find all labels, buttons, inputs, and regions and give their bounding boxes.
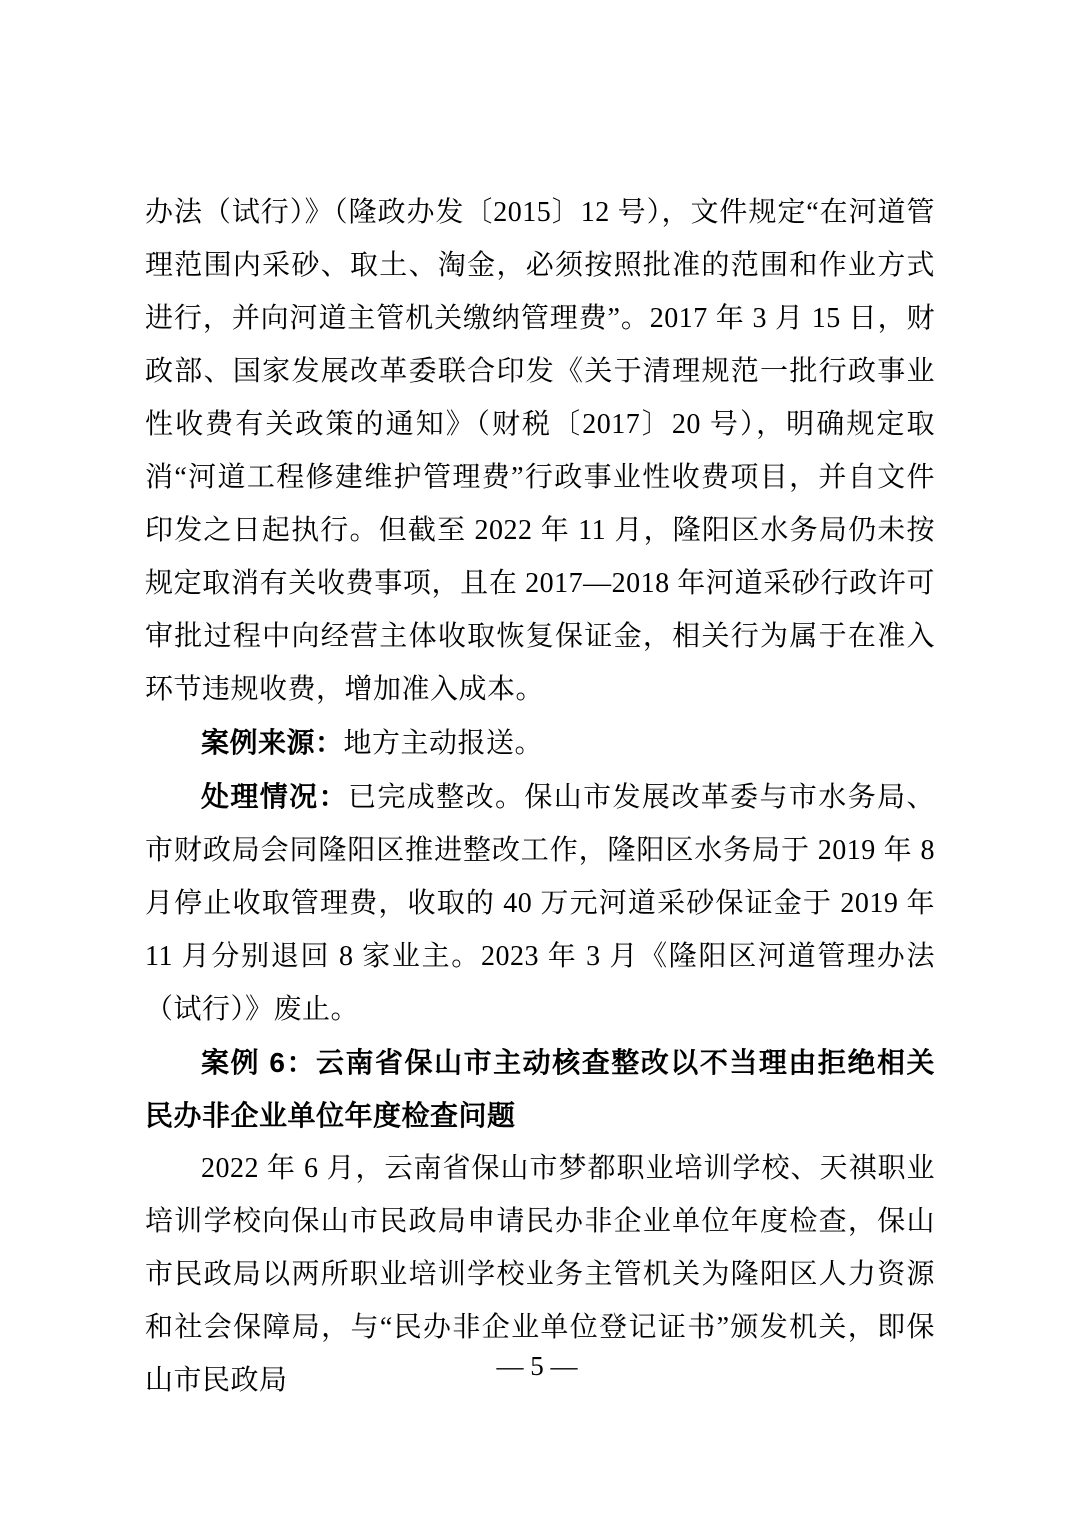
- handling-status-text: 已完成整改。保山市发展改革委与市水务局、市财政局会同隆阳区推进整改工作，隆阳区水…: [145, 782, 935, 1025]
- case-source-text: 地方主动报送。: [344, 728, 544, 759]
- case-source-label: 案例来源：: [201, 727, 344, 758]
- paragraph-handling-status: 处理情况：已完成整改。保山市发展改革委与市水务局、市财政局会同隆阳区推进整改工作…: [145, 770, 935, 1036]
- handling-status-label: 处理情况：: [201, 781, 348, 812]
- text-block: 办法（试行）》（隆政办发〔2015〕12 号），文件规定“在河道管理范围内采砂、…: [145, 186, 935, 1407]
- page-number: — 5 —: [0, 1340, 1074, 1393]
- paragraph-case-source: 案例来源：地方主动报送。: [145, 716, 935, 770]
- case6-heading: 案例 6：云南省保山市主动核查整改以不当理由拒绝相关民办非企业单位年度检查问题: [145, 1036, 935, 1142]
- document-page: 办法（试行）》（隆政办发〔2015〕12 号），文件规定“在河道管理范围内采砂、…: [0, 0, 1074, 1520]
- paragraph-regulation-continuation: 办法（试行）》（隆政办发〔2015〕12 号），文件规定“在河道管理范围内采砂、…: [145, 186, 935, 716]
